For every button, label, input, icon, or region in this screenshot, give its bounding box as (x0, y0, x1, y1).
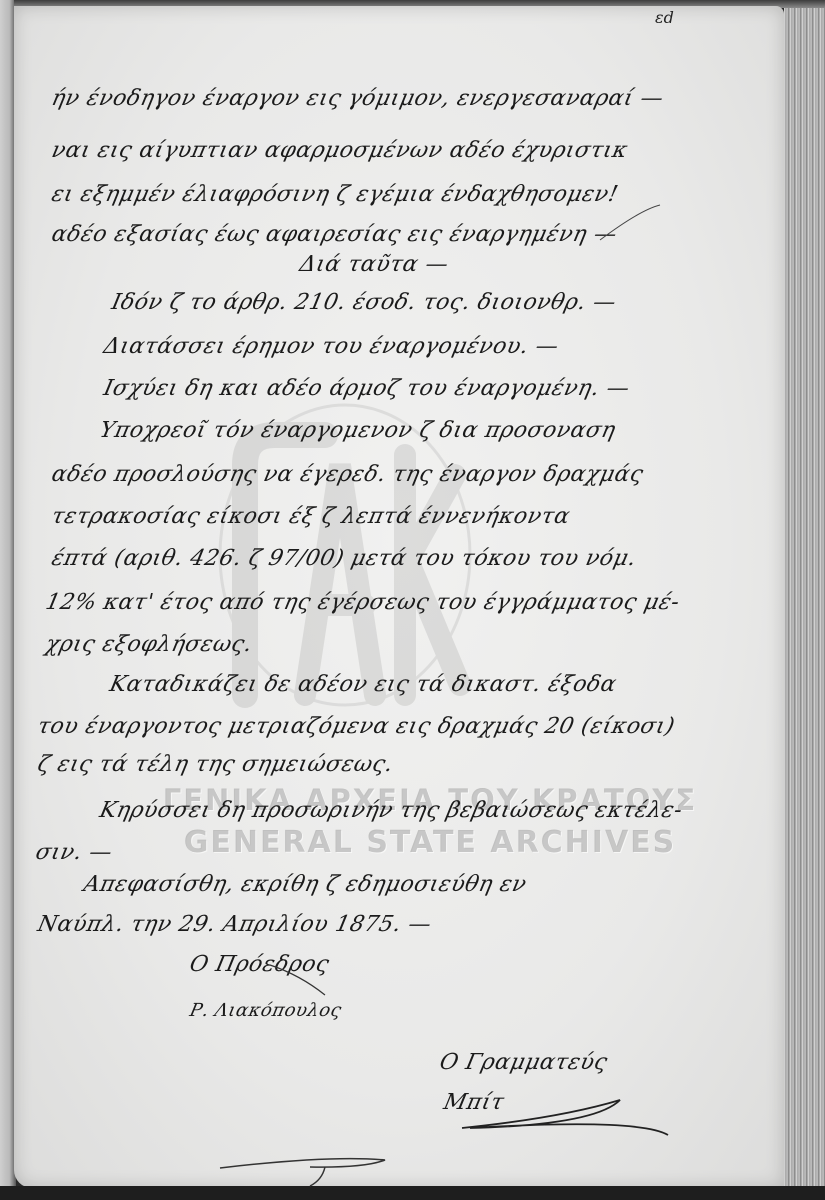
page-stack-edge (784, 8, 825, 1193)
date-line: Ναύπλ. την 29. Απριλίου 1875. — (35, 912, 433, 937)
manuscript-line: Ιδόν ζ το άρθρ. 210. έσοδ. τος. διοιονθρ… (109, 290, 618, 315)
manuscript-line: σιν. — (33, 840, 114, 865)
manuscript-line: Διατάσσει έρημον του έναργομένου. — (101, 334, 561, 359)
manuscript-line: ει εξημμέν έλιαφρόσινη ζ εγέμια ένδαχθησ… (49, 182, 620, 207)
page-number: εd (655, 8, 674, 27)
manuscript-line: Καταδικάζει δε αδέον εις τά δικαστ. έξοδ… (107, 672, 619, 697)
book-bottom-edge (0, 1186, 825, 1200)
signature-president-name: Ρ. Λιακόπουλος (188, 1000, 344, 1021)
manuscript-line: αδέο προσλούσης να έγερεδ. της έναργον δ… (49, 462, 645, 487)
signature-secretary-name: Μπίτ (441, 1090, 506, 1115)
manuscript-line: Υποχρεοῖ τόν έναργομενον ζ δια προσοναση (97, 418, 618, 443)
manuscript-line: Ισχύει δη και αδέο άρμοζ του έναργομένη.… (101, 376, 632, 401)
manuscript-line: ναι εις αίγυπτιαν αφαρμοσμένων αδέο έχυρ… (49, 138, 630, 163)
manuscript-line: Απεφασίσθη, εκρίθη ζ εδημοσιεύθη εν (81, 872, 529, 897)
manuscript-line: ζ εις τά τέλη της σημειώσεως. (35, 752, 395, 777)
manuscript-line: ήν ένοδηγον έναργον εις γόμιμον, ενεργεσ… (49, 86, 666, 111)
manuscript-line: του έναργοντος μετριαζόμενα εις δραχμάς … (35, 714, 677, 739)
manuscript-line: αδέο εξασίας έως αφαιρεσίας εις έναργημέ… (49, 222, 619, 247)
manuscript-line: Κηρύσσει δη προσωρινήν της βεβαιώσεως εκ… (97, 798, 685, 823)
manuscript-line: χρις εξοφλήσεως. (43, 632, 254, 657)
manuscript-line: έπτά (αριθ. 426. ζ 97/00) μετά του τόκου… (49, 546, 638, 571)
section-heading: Διά ταῦτα — (297, 252, 451, 277)
watermark-english-text: GENERAL STATE ARCHIVES (150, 825, 710, 860)
signature-secretary-title: Ο Γραμματεύς (437, 1050, 610, 1075)
manuscript-line: τετρακοσίας είκοσι έξ ζ λεπτά έννενήκοντ… (49, 504, 572, 529)
manuscript-line: 12% κατ' έτος από της έγέρσεως του έγγρά… (43, 590, 682, 615)
signature-president-title: Ο Πρόεδρος (187, 952, 331, 977)
